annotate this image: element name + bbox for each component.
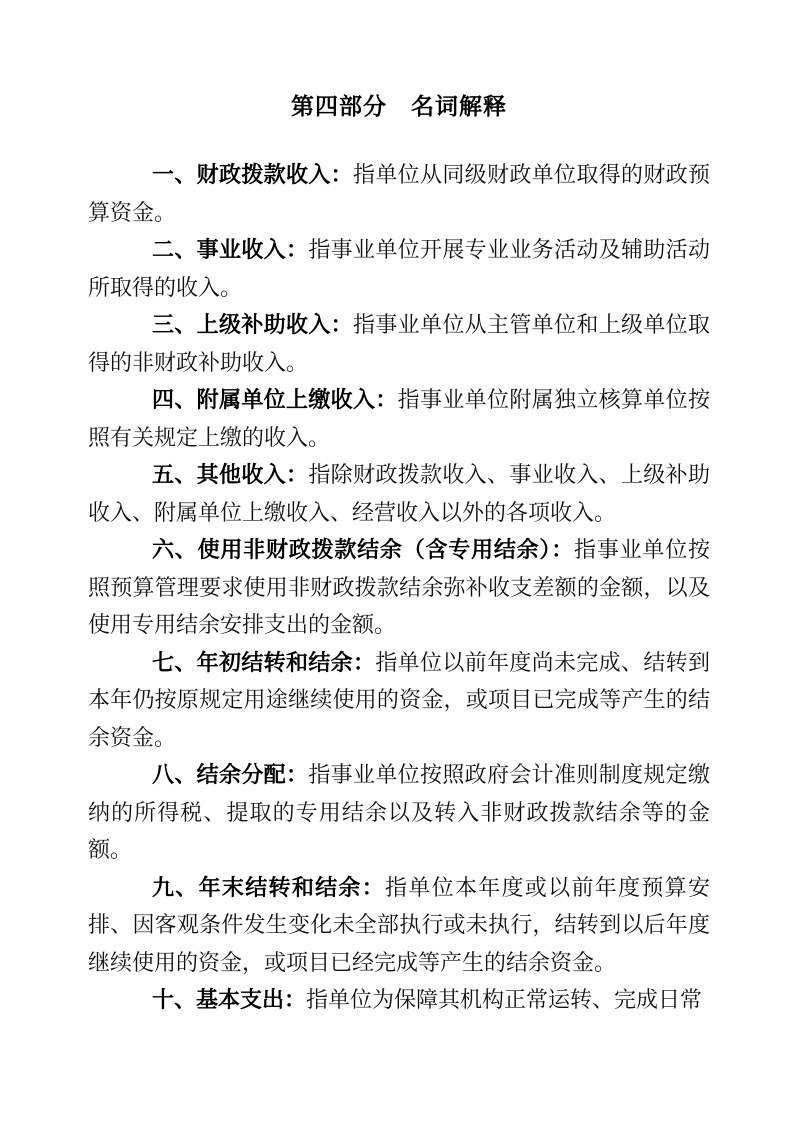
term-paragraph: 五、其他收入：指除财政拨款收入、事业收入、上级补助收入、附属单位上缴收入、经营收… [88,456,710,531]
term-label: 九、年末结转和结余： [152,875,385,900]
term-paragraph: 一、财政拨款收入：指单位从同级财政单位取得的财政预算资金。 [88,156,710,231]
term-label: 三、上级补助收入： [152,312,353,337]
terms-list: 一、财政拨款收入：指单位从同级财政单位取得的财政预算资金。 二、事业收入：指事业… [88,156,710,1019]
term-paragraph: 二、事业收入：指事业单位开展专业业务活动及辅助活动所取得的收入。 [88,231,710,306]
term-label: 四、附属单位上缴收入： [152,387,398,412]
term-label: 五、其他收入： [152,462,308,487]
term-label: 二、事业收入： [152,237,308,262]
term-paragraph: 七、年初结转和结余：指单位以前年度尚未完成、结转到本年仍按原规定用途继续使用的资… [88,644,710,757]
page-title: 第四部分 名词解释 [88,90,710,122]
term-paragraph: 六、使用非财政拨款结余（含专用结余）：指事业单位按照预算管理要求使用非财政拨款结… [88,531,710,644]
term-label: 八、结余分配： [152,762,308,787]
term-label: 十、基本支出： [152,987,306,1012]
term-definition: 指单位为保障其机构正常运转、完成日常 [306,987,702,1012]
term-paragraph: 四、附属单位上缴收入：指事业单位附属独立核算单位按照有关规定上缴的收入。 [88,381,710,456]
term-label: 七、年初结转和结余： [152,650,375,675]
term-label: 一、财政拨款收入： [152,162,353,187]
term-paragraph: 十、基本支出：指单位为保障其机构正常运转、完成日常 [88,981,710,1019]
term-paragraph: 三、上级补助收入：指事业单位从主管单位和上级单位取得的非财政补助收入。 [88,306,710,381]
document-page: 第四部分 名词解释 一、财政拨款收入：指单位从同级财政单位取得的财政预算资金。 … [0,0,794,1122]
term-paragraph: 八、结余分配：指事业单位按照政府会计准则制度规定缴纳的所得税、提取的专用结余以及… [88,756,710,869]
term-paragraph: 九、年末结转和结余：指单位本年度或以前年度预算安排、因客观条件发生变化未全部执行… [88,869,710,982]
term-label: 六、使用非财政拨款结余（含专用结余）： [152,537,574,562]
